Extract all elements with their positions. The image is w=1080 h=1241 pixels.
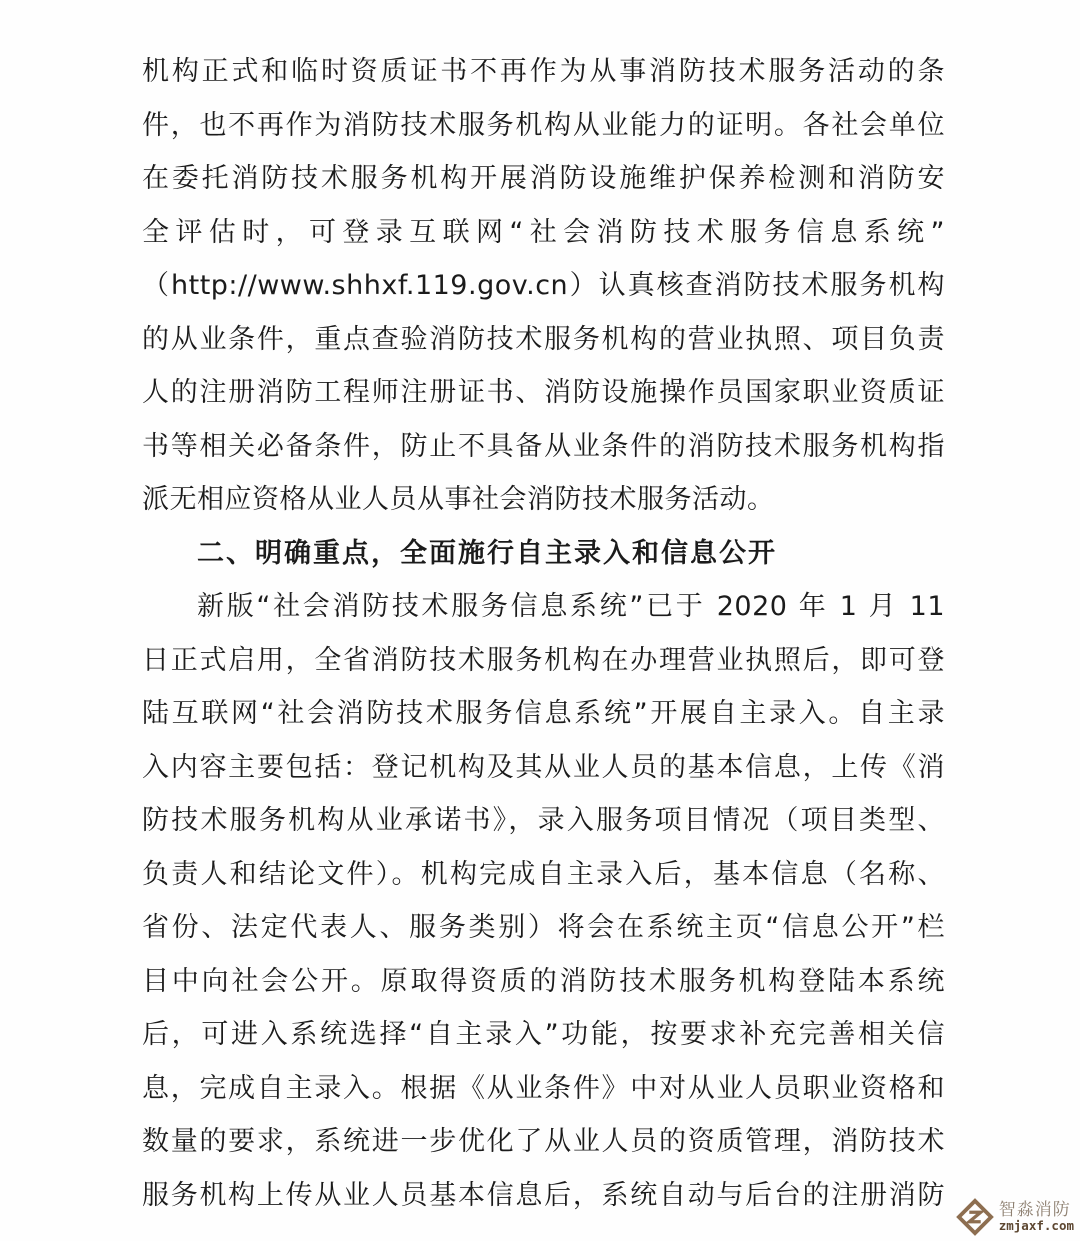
text-line: 息，完成自主录入。根据《从业条件》中对从业人员职业资格和 [142,1062,945,1116]
watermark-site-url: zmjaxf.com [999,1219,1074,1233]
text-line-url: （http://www.shhxf.119.gov.cn）认真核查消防技术服务机… [142,259,945,313]
text-line: 在委托消防技术服务机构开展消防设施维护保养检测和消防安 [142,152,945,206]
text-line: 数量的要求，系统进一步优化了从业人员的资质管理，消防技术 [142,1115,945,1169]
text-line: 派无相应资格从业人员从事社会消防技术服务活动。 [142,473,945,527]
text-line: 防技术服务机构从业承诺书》，录入服务项目情况（项目类型、 [142,794,945,848]
text-line: 负责人和结论文件）。机构完成自主录入后，基本信息（名称、 [142,848,945,902]
document-body: 机构正式和临时资质证书不再作为从事消防技术服务活动的条 件，也不再作为消防技术服… [142,45,945,1222]
section-heading: 二、明确重点，全面施行自主录入和信息公开 [142,527,945,581]
text-line: 新版“社会消防技术服务信息系统”已于 2020 年 1 月 11 [142,580,945,634]
text-line: 件，也不再作为消防技术服务机构从业能力的证明。各社会单位 [142,99,945,153]
document-page: 机构正式和临时资质证书不再作为从事消防技术服务活动的条 件，也不再作为消防技术服… [0,0,1080,1241]
watermark-brand-name: 智淼消防 [999,1201,1074,1220]
watermark: 智淼消防 zmjaxf.com [956,1198,1074,1236]
text-line: 服务机构上传从业人员基本信息后，系统自动与后台的注册消防 [142,1169,945,1223]
text-line: 后，可进入系统选择“自主录入”功能，按要求补充完善相关信 [142,1008,945,1062]
text-line: 入内容主要包括：登记机构及其从业人员的基本信息，上传《消 [142,741,945,795]
text-line: 陆互联网“社会消防技术服务信息系统”开展自主录入。自主录 [142,687,945,741]
text-line: 日正式启用，全省消防技术服务机构在办理营业执照后，即可登 [142,634,945,688]
text-line: 书等相关必备条件，防止不具备从业条件的消防技术服务机构指 [142,420,945,474]
text-line: 人的注册消防工程师注册证书、消防设施操作员国家职业资质证 [142,366,945,420]
text-line: 全评估时，可登录互联网“社会消防技术服务信息系统” [142,206,945,260]
zhimiao-logo-icon [956,1198,994,1236]
text-line: 省份、法定代表人、服务类别）将会在系统主页“信息公开”栏 [142,901,945,955]
text-line: 的从业条件，重点查验消防技术服务机构的营业执照、项目负责 [142,313,945,367]
text-line: 目中向社会公开。原取得资质的消防技术服务机构登陆本系统 [142,955,945,1009]
text-line: 机构正式和临时资质证书不再作为从事消防技术服务活动的条 [142,45,945,99]
watermark-text: 智淼消防 zmjaxf.com [999,1201,1074,1233]
